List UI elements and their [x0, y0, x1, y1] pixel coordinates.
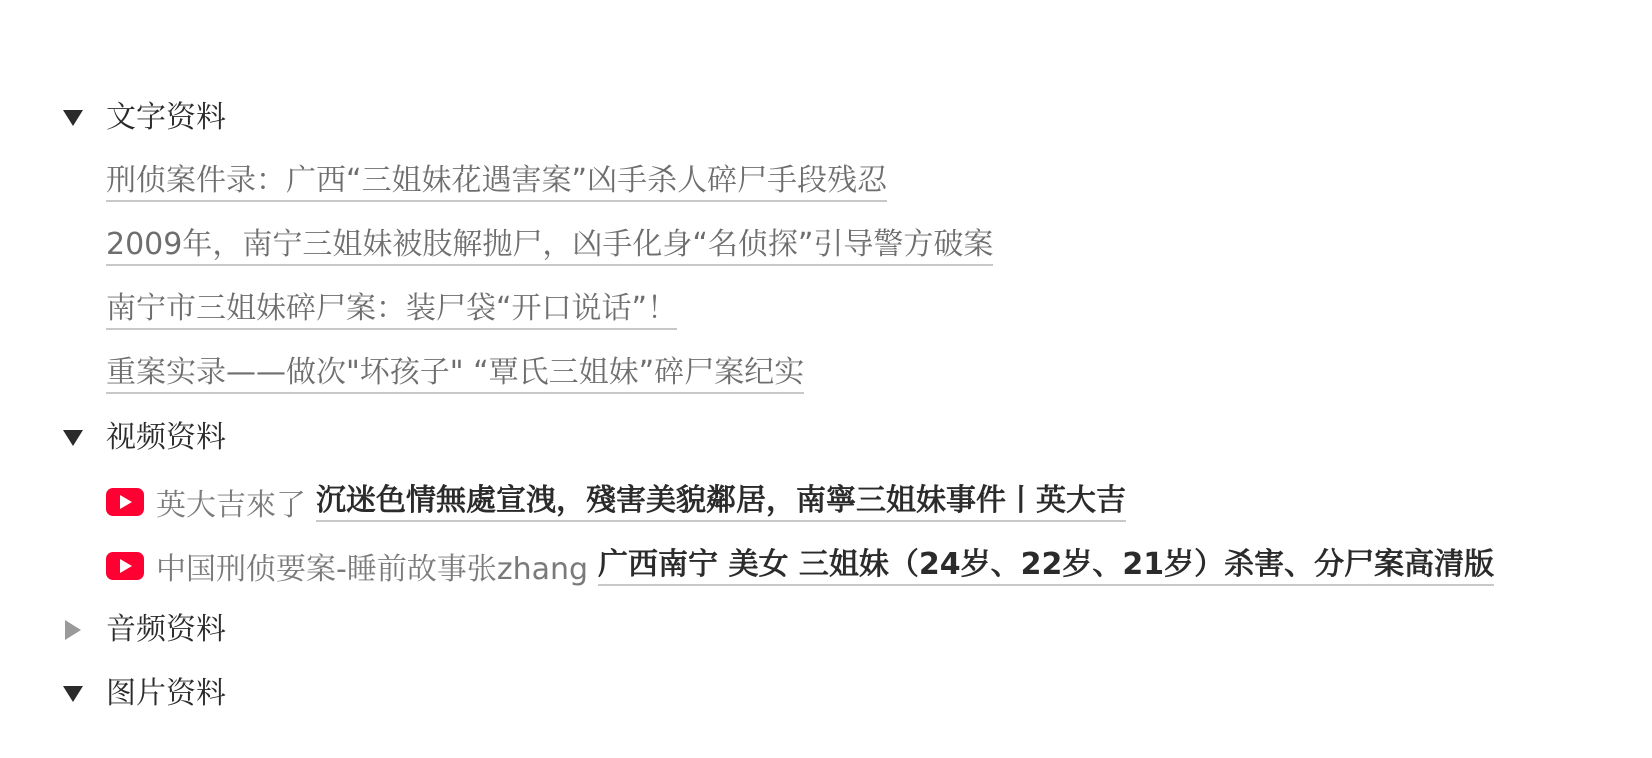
list-item: 2009年，南宁三姐妹被肢解抛尸，凶手化身“名侦探”引导警方破案	[106, 226, 993, 266]
video-item: 中国刑侦要案-睡前故事张zhang 广西南宁 美女 三姐妹（24岁、22岁、21…	[106, 546, 1494, 586]
list-item: 刑侦案件录：广西“三姐妹花遇害案”凶手杀人碎尸手段残忍	[106, 162, 887, 202]
video-link-1[interactable]: 沉迷色情無處宣洩，殘害美貌鄰居，南寧三姐妹事件丨英大吉	[316, 482, 1126, 522]
list-item: 重案实录——做次"坏孩子" “覃氏三姐妹”碎尸案纪实	[106, 354, 804, 394]
youtube-icon	[106, 552, 144, 580]
article-link-1[interactable]: 刑侦案件录：广西“三姐妹花遇害案”凶手杀人碎尸手段残忍	[106, 162, 887, 202]
triangle-right-icon[interactable]	[60, 610, 86, 650]
section-heading-audio-materials: 音频资料	[106, 610, 226, 650]
video-channel-name: 中国刑侦要案-睡前故事张zhang	[156, 544, 588, 588]
toggle-video-materials[interactable]	[60, 418, 86, 458]
article-link-3[interactable]: 南宁市三姐妹碎尸案：装尸袋“开口说话”！	[106, 290, 677, 330]
article-link-2[interactable]: 2009年，南宁三姐妹被肢解抛尸，凶手化身“名侦探”引导警方破案	[106, 226, 993, 266]
triangle-down-icon[interactable]	[60, 98, 86, 138]
triangle-down-icon[interactable]	[60, 674, 86, 714]
video-item: 英大吉來了 沉迷色情無處宣洩，殘害美貌鄰居，南寧三姐妹事件丨英大吉	[106, 482, 1126, 522]
toggle-text-materials[interactable]	[60, 98, 86, 138]
section-heading-text-materials: 文字资料	[106, 98, 226, 138]
toggle-audio-materials[interactable]	[60, 610, 86, 650]
section-heading-image-materials: 图片资料	[106, 674, 226, 714]
video-link-2[interactable]: 广西南宁 美女 三姐妹（24岁、22岁、21岁）杀害、分尸案高清版	[598, 546, 1494, 586]
youtube-icon	[106, 488, 144, 516]
section-heading-video-materials: 视频资料	[106, 418, 226, 458]
list-item: 南宁市三姐妹碎尸案：装尸袋“开口说话”！	[106, 290, 677, 330]
toggle-image-materials[interactable]	[60, 674, 86, 714]
video-channel-name: 英大吉來了	[156, 480, 306, 524]
article-link-4[interactable]: 重案实录——做次"坏孩子" “覃氏三姐妹”碎尸案纪实	[106, 354, 804, 394]
triangle-down-icon[interactable]	[60, 418, 86, 458]
